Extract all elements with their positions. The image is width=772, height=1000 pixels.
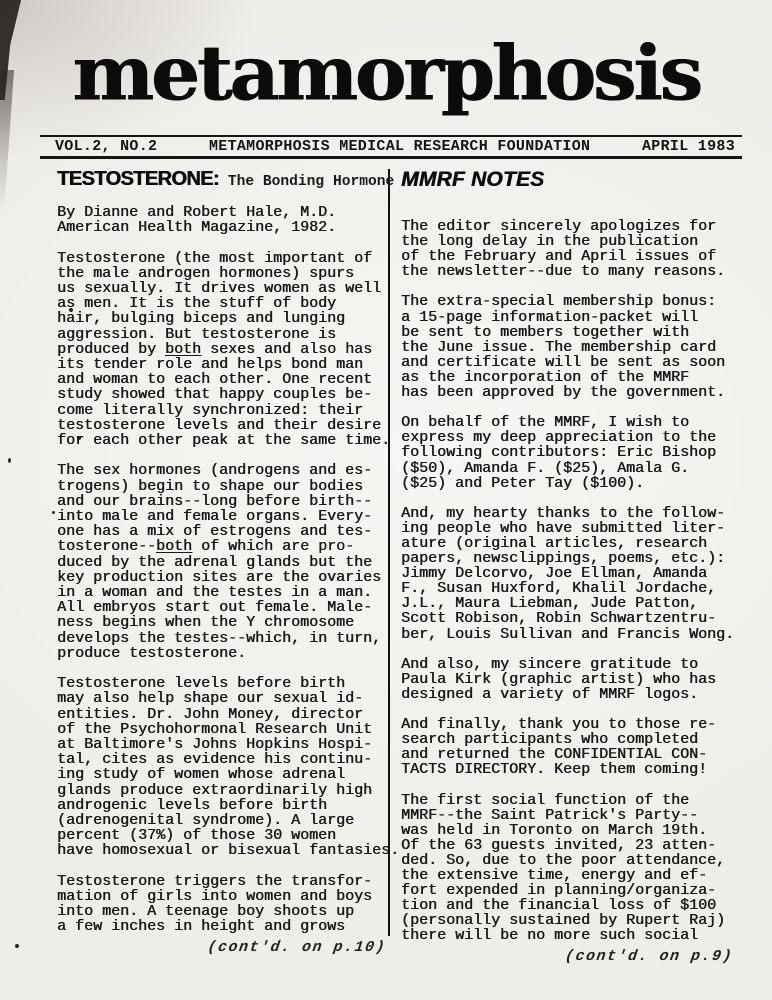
issue-date: APRIL 1983 [642,138,735,155]
paragraph: And finally, thank you to those re- sear… [401,717,735,777]
header-rule-bottom [40,156,742,159]
paragraph-text: of which are pro- duced by the adrenal g… [57,538,381,661]
paragraph: Testosterone triggers the transfor- mati… [57,874,388,935]
header-rule-top [40,135,742,137]
byline: By Dianne and Robert Hale, M.D. American… [57,205,388,235]
article-heading-row: TESTOSTERONE: The Bonding Hormone [57,168,388,191]
article-subtitle: The Bonding Hormone [228,174,394,190]
scan-speck [15,944,19,948]
scan-speck [52,511,55,514]
article-testosterone: TESTOSTERONE: The Bonding Hormone By Dia… [57,168,388,956]
article-title: MMRF NOTES [401,168,544,192]
paragraph: Testosterone (the most important of the … [57,251,388,449]
paragraph: And, my hearty thanks to the follow- ing… [401,506,735,642]
scan-speck [8,458,11,463]
paragraph: The extra-special membership bonus: a 15… [401,294,735,400]
paragraph: On behalf of the MMRF, I wish to express… [401,415,735,490]
paragraph: And also, my sincere gratitude to Paula … [401,657,735,702]
masthead: metamorphosis [0,28,772,120]
continued-note: (cont'd. on p.10) [56,939,387,956]
newsletter-page: metamorphosis VOL.2, NO.2 METAMORPHOSIS … [0,0,772,1000]
paragraph-text: sexes and also has its tender role and h… [57,341,390,449]
paragraph: The first social function of the MMRF--t… [401,793,735,944]
paragraph: Testosterone levels before birth may als… [57,676,388,858]
article-title: TESTOSTERONE: [57,168,219,191]
foundation-name: METAMORPHOSIS MEDICAL RESEARCH FOUNDATIO… [209,138,590,155]
volume-line: VOL.2, NO.2 METAMORPHOSIS MEDICAL RESEAR… [55,138,735,155]
paragraph: The sex hormones (androgens and es- trog… [57,463,388,661]
paragraph: The editor sincerely apologizes for the … [401,219,735,279]
article-mmrf-notes: MMRF NOTES The editor sincerely apologiz… [401,168,735,965]
masthead-title: metamorphosis [72,30,699,118]
continued-note: (cont'd. on p.9) [400,948,734,965]
volume-number: VOL.2, NO.2 [55,138,157,155]
article-heading-row: MMRF NOTES [401,168,735,192]
column-divider [388,169,390,936]
